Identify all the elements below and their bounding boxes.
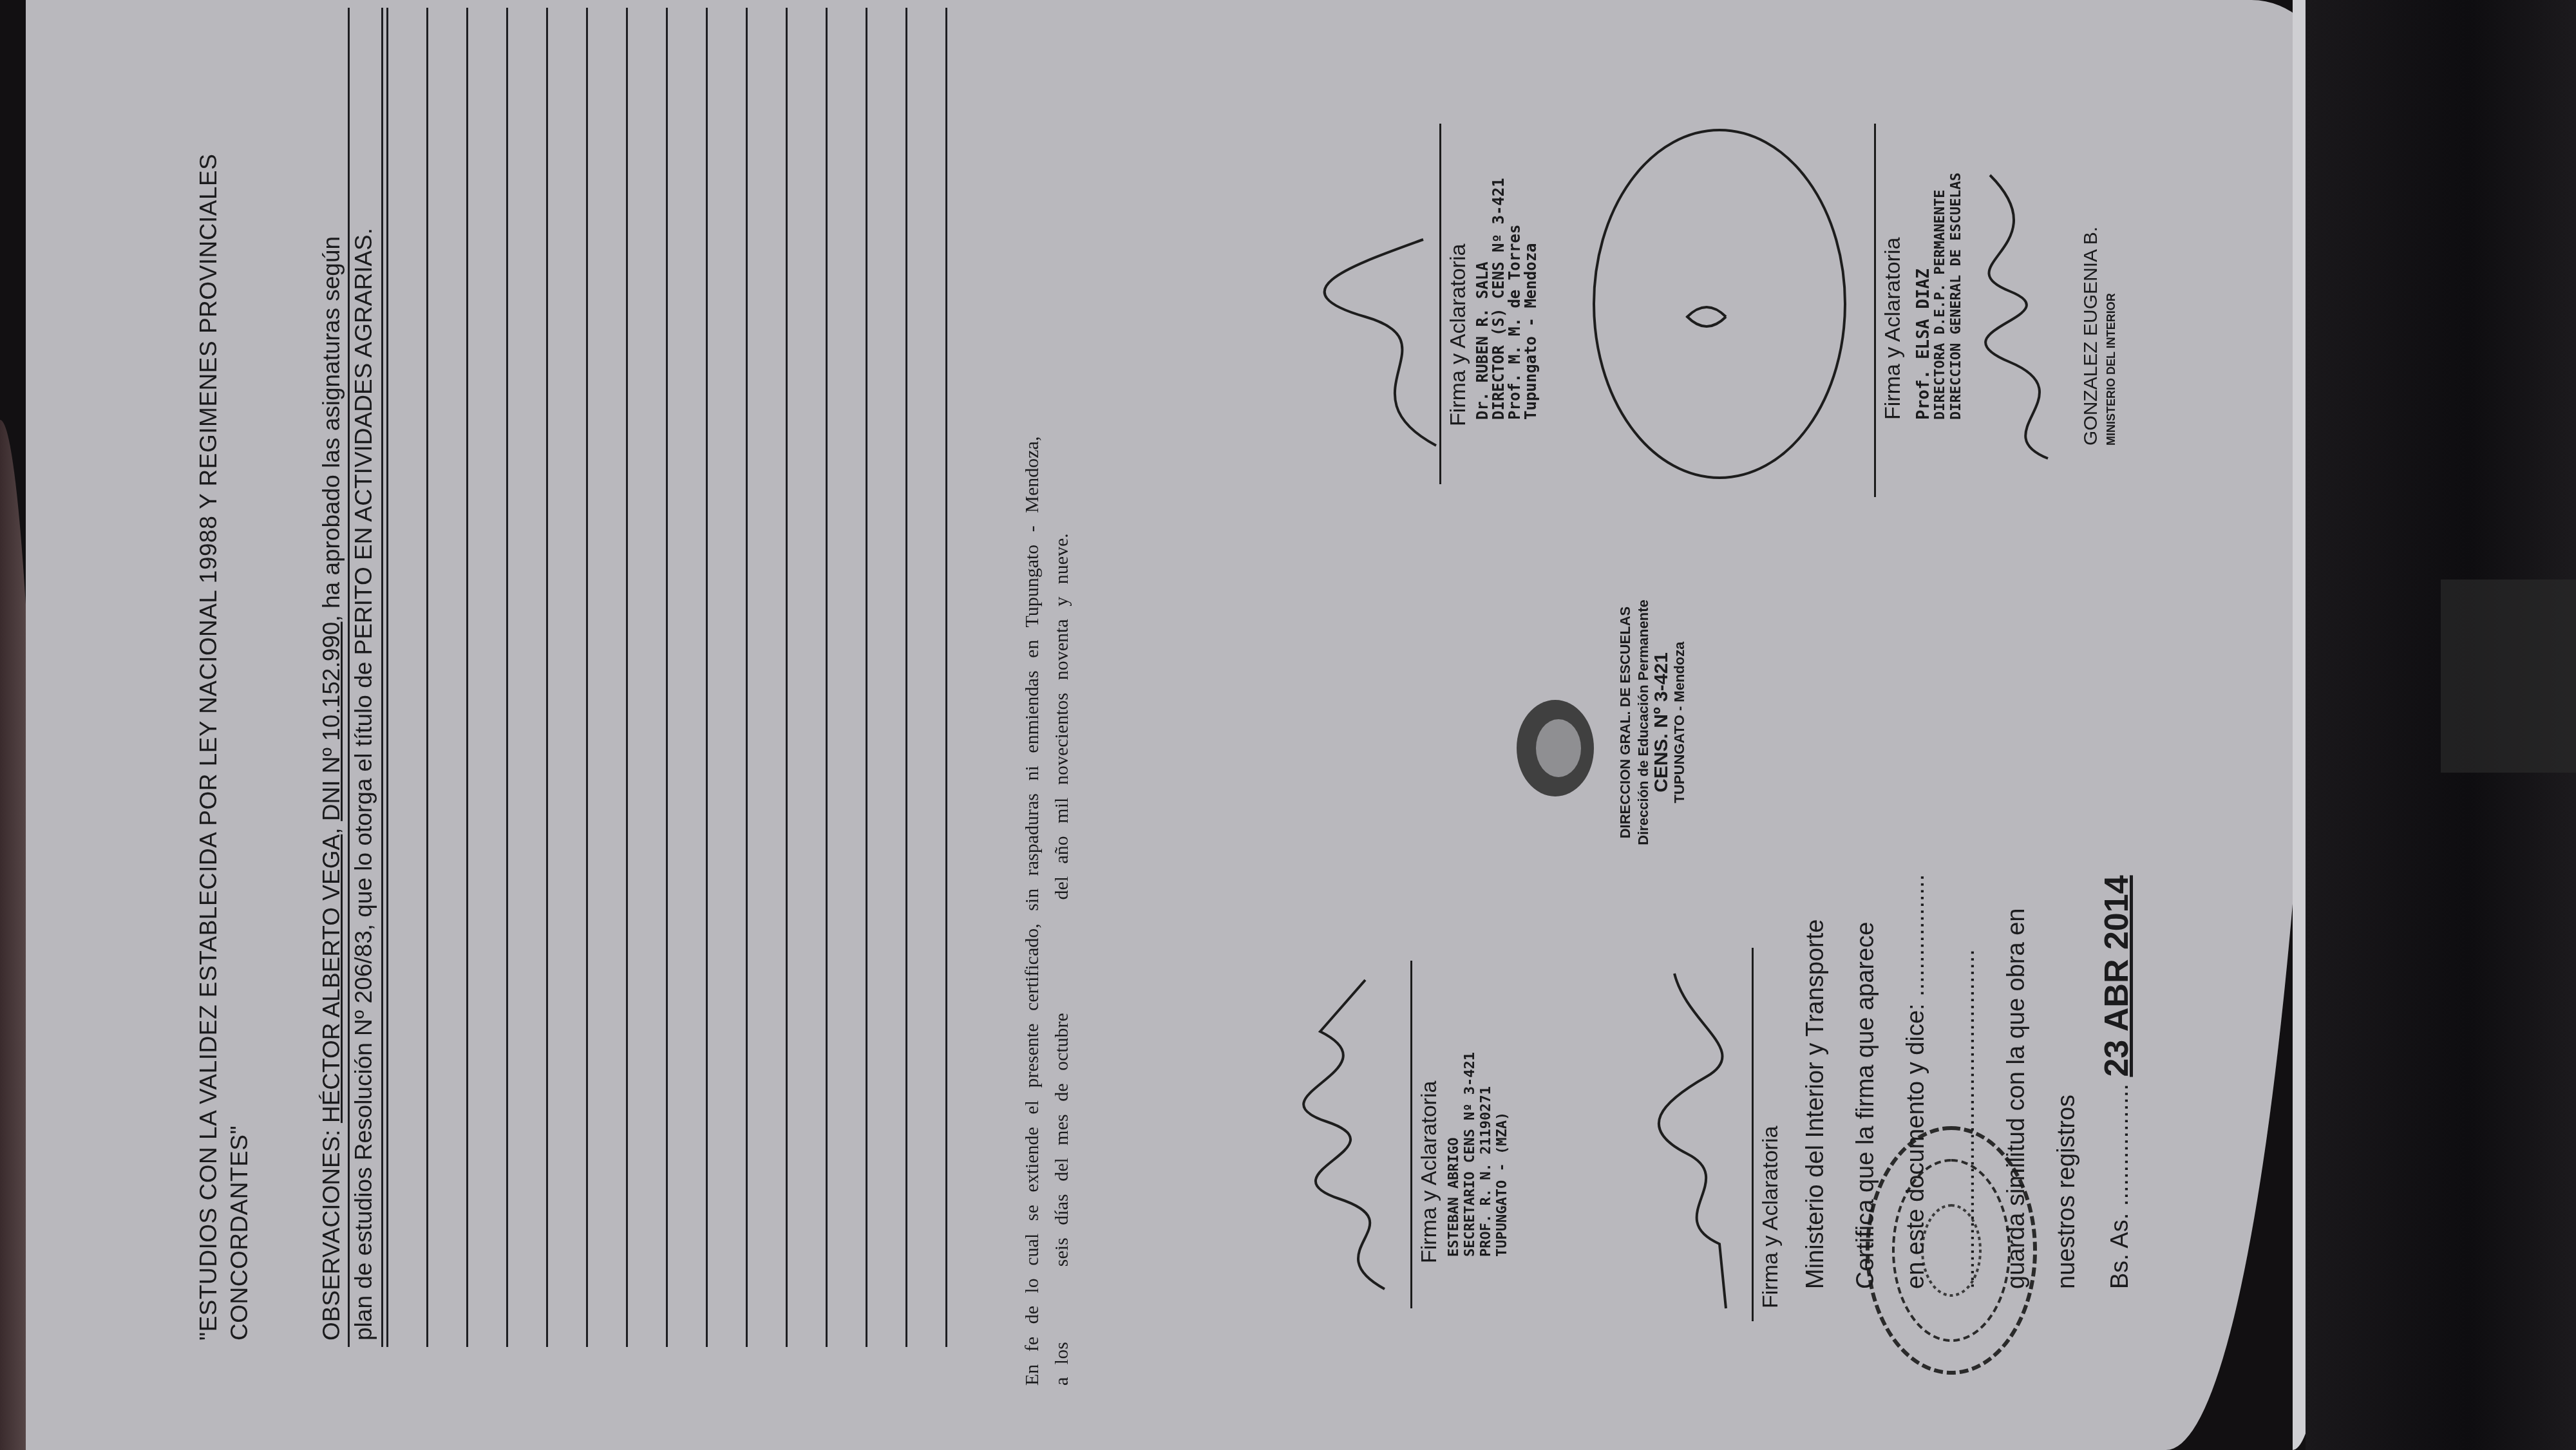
- signature-line-3: [1752, 948, 1754, 1321]
- coat-of-arms-stamp-icon: [1507, 690, 1604, 806]
- ruled-line: [706, 8, 708, 1347]
- ruled-line: [945, 8, 947, 1347]
- certification-place: Bs. As. ..................: [2107, 1084, 2134, 1289]
- heading-line-1: "ESTUDIOS CON LA VALIDEZ ESTABLECIDA POR…: [193, 21, 224, 1341]
- signature-director: [1327, 214, 1455, 471]
- signature-line-1: [1410, 961, 1412, 1308]
- closing-paragraph: En fe de lo cual se extiende el presente…: [1018, 1, 1077, 1386]
- closing-a-los: a los: [1051, 1342, 1072, 1386]
- binder-background: [2306, 0, 2576, 1450]
- ruled-line: [866, 8, 867, 1347]
- signature-secretary: [1288, 967, 1430, 1302]
- ruled-line: [826, 8, 828, 1347]
- binder-sheen: [2441, 579, 2576, 773]
- certificate-page: "ESTUDIOS CON LA VALIDEZ ESTABLECIDA POR…: [26, 0, 2318, 1450]
- student-dni: DNI Nº 10.152.990: [318, 622, 345, 822]
- validity-heading: "ESTUDIOS CON LA VALIDEZ ESTABLECIDA POR…: [193, 21, 255, 1341]
- ruled-line: [506, 8, 508, 1347]
- official-name: GONZALEZ EUGENIA B.: [2080, 227, 2102, 446]
- official-role: MINISTERIO DEL INTERIOR: [2105, 293, 2118, 446]
- title-awarded: PERITO EN ACTIVIDADES AGRARIAS.: [350, 228, 377, 655]
- ruled-line: [746, 8, 748, 1347]
- signature-label-3: Firma y Aclaratoria: [1758, 1126, 1783, 1308]
- ruled-line: [386, 8, 388, 1347]
- signature-oval: [1584, 137, 1855, 497]
- certification-date: 23 ABR 2014: [2098, 875, 2136, 1077]
- ruled-line: [786, 8, 788, 1347]
- stamp-elsa-diaz: Prof. ELSA DIAZ DIRECTORA D.E.P. PERMANE…: [1916, 173, 1964, 420]
- ruled-line: [666, 8, 668, 1347]
- school-stamp-text: DIRECCION GRAL. DE ESCUELAS Dirección de…: [1616, 561, 1689, 883]
- signature-label-2: Firma y Aclaratoria: [1446, 244, 1471, 426]
- ruled-line: [905, 8, 907, 1347]
- stamp-secretary: ESTEBAN ABRIGO SECRETARIO CENS Nº 3-421 …: [1446, 1052, 1510, 1257]
- observation-underline: [348, 8, 350, 1347]
- closing-year: del año mil novecientos noventa y nueve.: [1051, 533, 1072, 899]
- observations-label: OBSERVACIONES:: [318, 1129, 345, 1341]
- signature-line-2: [1439, 124, 1441, 484]
- heading-line-2: CONCORDANTES": [224, 21, 255, 1341]
- signature-label-1: Firma y Aclaratoria: [1417, 1081, 1442, 1263]
- signature-gonzalez: [1971, 162, 2087, 471]
- closing-day-month: seis días del mes de octubre: [1051, 1013, 1072, 1266]
- ruled-line: [626, 8, 628, 1347]
- ruled-line: [546, 8, 548, 1347]
- observations-text-1: , ha aprobado las asignaturas según: [318, 236, 345, 622]
- ruled-line: [426, 8, 428, 1347]
- signature-lower-left: [1649, 961, 1752, 1321]
- observations-text-2: plan de estudios Resolución Nº 206/83, q…: [350, 662, 377, 1341]
- ruled-line: [586, 8, 588, 1347]
- observation-underline: [381, 8, 383, 1347]
- ministry-certification: Ministerio del Interior y Transporte Cer…: [1790, 645, 2145, 1289]
- signature-label-4: Firma y Aclaratoria: [1880, 238, 1906, 420]
- closing-line-1: En fe de lo cual se extiende el presente…: [1018, 1, 1047, 1386]
- ruled-line: [466, 8, 468, 1347]
- stamp-director: Dr. RUBEN R. SALA DIRECTOR (S) CENS Nº 3…: [1475, 178, 1539, 420]
- student-name: HÉCTOR ALBERTO VEGA: [318, 834, 345, 1123]
- signature-line-4: [1874, 124, 1876, 497]
